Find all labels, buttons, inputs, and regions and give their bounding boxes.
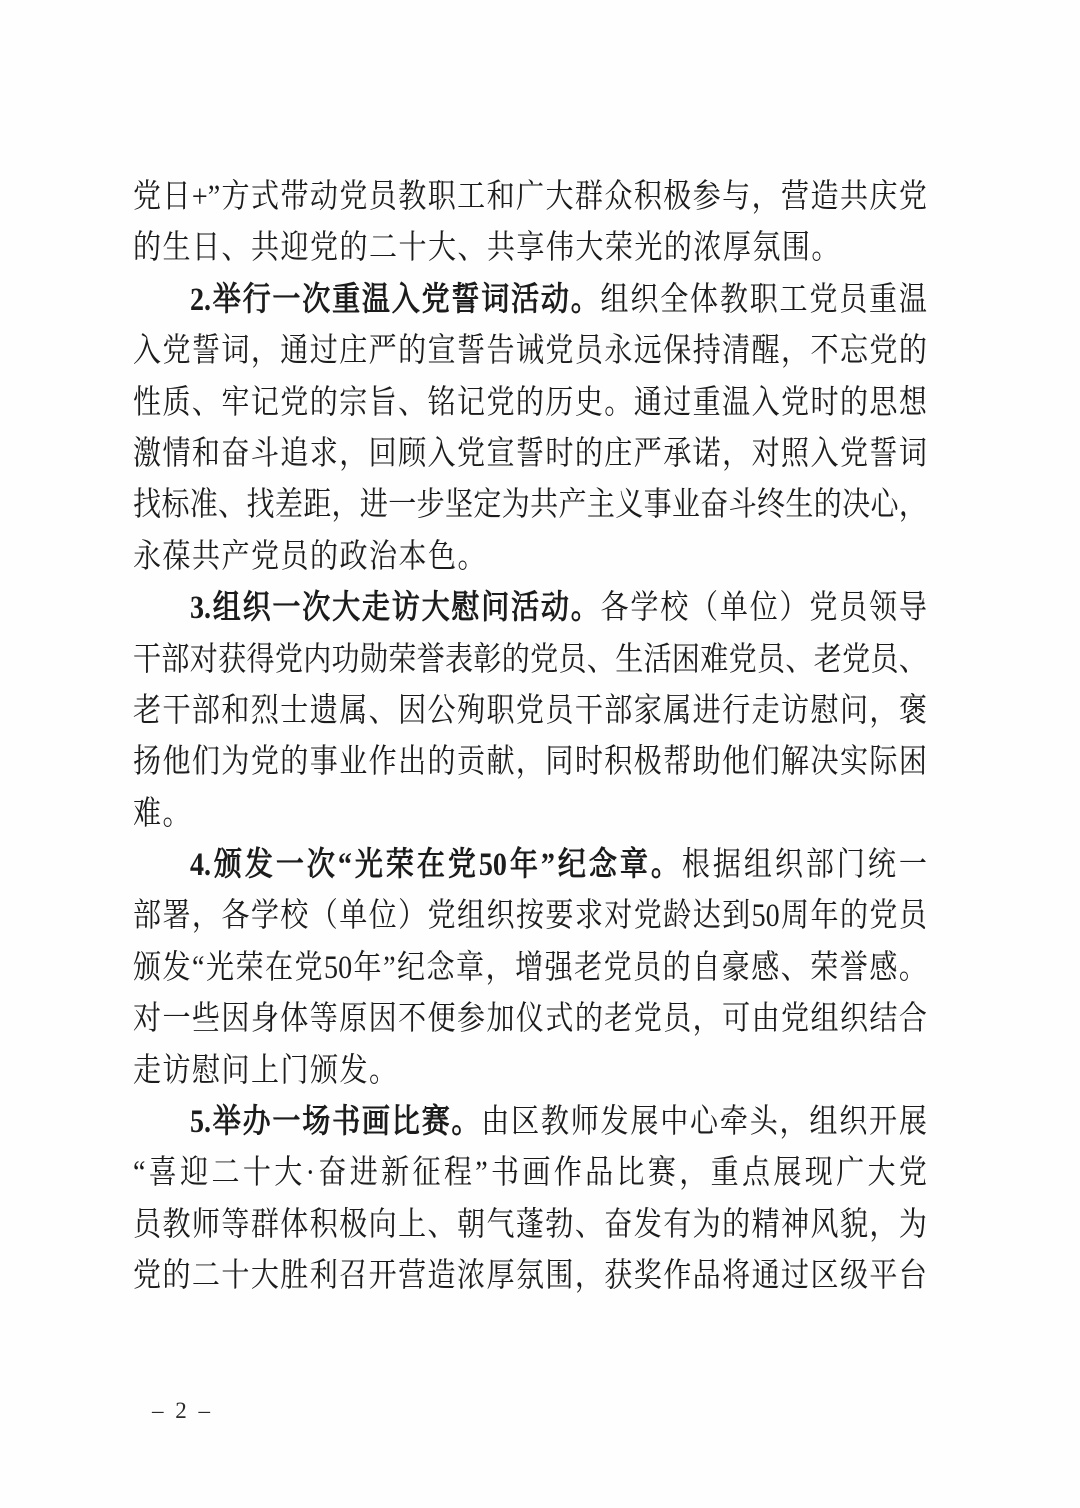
line-text: 干部对获得党内功勋荣誉表彰的党员、生活困难党员、老党员、 [133,642,927,678]
line-text: 扬他们为党的事业作出的贡献，同时积极帮助他们解决实际困 [133,744,927,780]
line-text: 激情和奋斗追求，回顾入党宣誓时的庄严承诺，对照入党誓词 [133,436,927,472]
text-line: 找标准、找差距，进一步坚定为共产主义事业奋斗终生的决心， [133,480,927,531]
line-text: 对一些因身体等原因不便参加仪式的老党员，可由党组织结合 [133,1001,927,1037]
line-text: 部署，各学校（单位）党组织按要求对党龄达到50周年的党员 [133,898,927,934]
text-line: 4.颁发一次“光荣在党50年”纪念章。根据组织部门统一 [133,840,927,891]
text-line: 员教师等群体积极向上、朝气蓬勃、奋发有为的精神风貌，为 [133,1200,927,1251]
paragraph-heading: 5.举办一场书画比赛。 [190,1104,481,1140]
text-line: 干部对获得党内功勋荣誉表彰的党员、生活困难党员、老党员、 [133,635,927,686]
line-text: 组织全体教职工党员重温 [601,282,927,318]
text-line: 难。 [133,789,927,840]
line-text: 入党誓词，通过庄严的宣誓告诫党员永远保持清醒，不忘党的 [133,333,927,369]
paragraph-heading: 2.举行一次重温入党誓词活动。 [190,282,601,318]
line-text: 的生日、共迎党的二十大、共享伟大荣光的浓厚氛围。 [133,230,841,266]
paragraph-heading: 4.颁发一次“光荣在党50年”纪念章。 [190,847,682,883]
text-line: 3.组织一次大走访大慰问活动。各学校（单位）党员领导 [133,583,927,634]
line-text: 党日+”方式带动党员教职工和广大群众积极参与，营造共庆党 [133,179,927,215]
line-text: 走访慰问上门颁发。 [133,1053,398,1089]
text-line: 2.举行一次重温入党誓词活动。组织全体教职工党员重温 [133,275,927,326]
line-text: 性质、牢记党的宗旨、铭记党的历史。通过重温入党时的思想 [133,385,927,421]
page-number: – 2 – [152,1398,213,1424]
text-line: 的生日、共迎党的二十大、共享伟大荣光的浓厚氛围。 [133,223,927,274]
text-line: 5.举办一场书画比赛。由区教师发展中心牵头，组织开展 [133,1097,927,1148]
line-text: 由区教师发展中心牵头，组织开展 [481,1104,927,1140]
line-text: 根据组织部门统一 [682,847,927,883]
text-line: 扬他们为党的事业作出的贡献，同时积极帮助他们解决实际困 [133,737,927,788]
text-line: 部署，各学校（单位）党组织按要求对党龄达到50周年的党员 [133,891,927,942]
paragraph-heading: 3.组织一次大走访大慰问活动。 [190,590,601,626]
line-text: 找标准、找差距，进一步坚定为共产主义事业奋斗终生的决心， [133,487,927,523]
text-line: 对一些因身体等原因不便参加仪式的老党员，可由党组织结合 [133,994,927,1045]
line-text: 颁发“光荣在党50年”纪念章，增强老党员的自豪感、荣誉感。 [133,950,927,986]
text-line: 激情和奋斗追求，回顾入党宣誓时的庄严承诺，对照入党誓词 [133,429,927,480]
text-line: 党日+”方式带动党员教职工和广大群众积极参与，营造共庆党 [133,172,927,223]
line-text: 党的二十大胜利召开营造浓厚氛围，获奖作品将通过区级平台 [133,1258,927,1294]
line-text: 难。 [133,796,192,832]
text-line: 永葆共产党员的政治本色。 [133,532,927,583]
text-line: 颁发“光荣在党50年”纪念章，增强老党员的自豪感、荣誉感。 [133,943,927,994]
text-line: 走访慰问上门颁发。 [133,1046,927,1097]
line-text: 员教师等群体积极向上、朝气蓬勃、奋发有为的精神风貌，为 [133,1207,927,1243]
text-line: 性质、牢记党的宗旨、铭记党的历史。通过重温入党时的思想 [133,378,927,429]
line-text: 各学校（单位）党员领导 [601,590,927,626]
document-page: 党日+”方式带动党员教职工和广大群众积极参与，营造共庆党 的生日、共迎党的二十大… [0,0,1080,1508]
text-line: 党的二十大胜利召开营造浓厚氛围，获奖作品将通过区级平台 [133,1251,927,1302]
line-text: 老干部和烈士遗属、因公殉职党员干部家属进行走访慰问，褒 [133,693,927,729]
document-body: 党日+”方式带动党员教职工和广大群众积极参与，营造共庆党 的生日、共迎党的二十大… [133,172,1067,1303]
line-text: “喜迎二十大·奋进新征程”书画作品比赛，重点展现广大党 [133,1155,927,1191]
text-line: “喜迎二十大·奋进新征程”书画作品比赛，重点展现广大党 [133,1148,927,1199]
line-text: 永葆共产党员的政治本色。 [133,539,487,575]
text-line: 老干部和烈士遗属、因公殉职党员干部家属进行走访慰问，褒 [133,686,927,737]
text-line: 入党誓词，通过庄严的宣誓告诫党员永远保持清醒，不忘党的 [133,326,927,377]
